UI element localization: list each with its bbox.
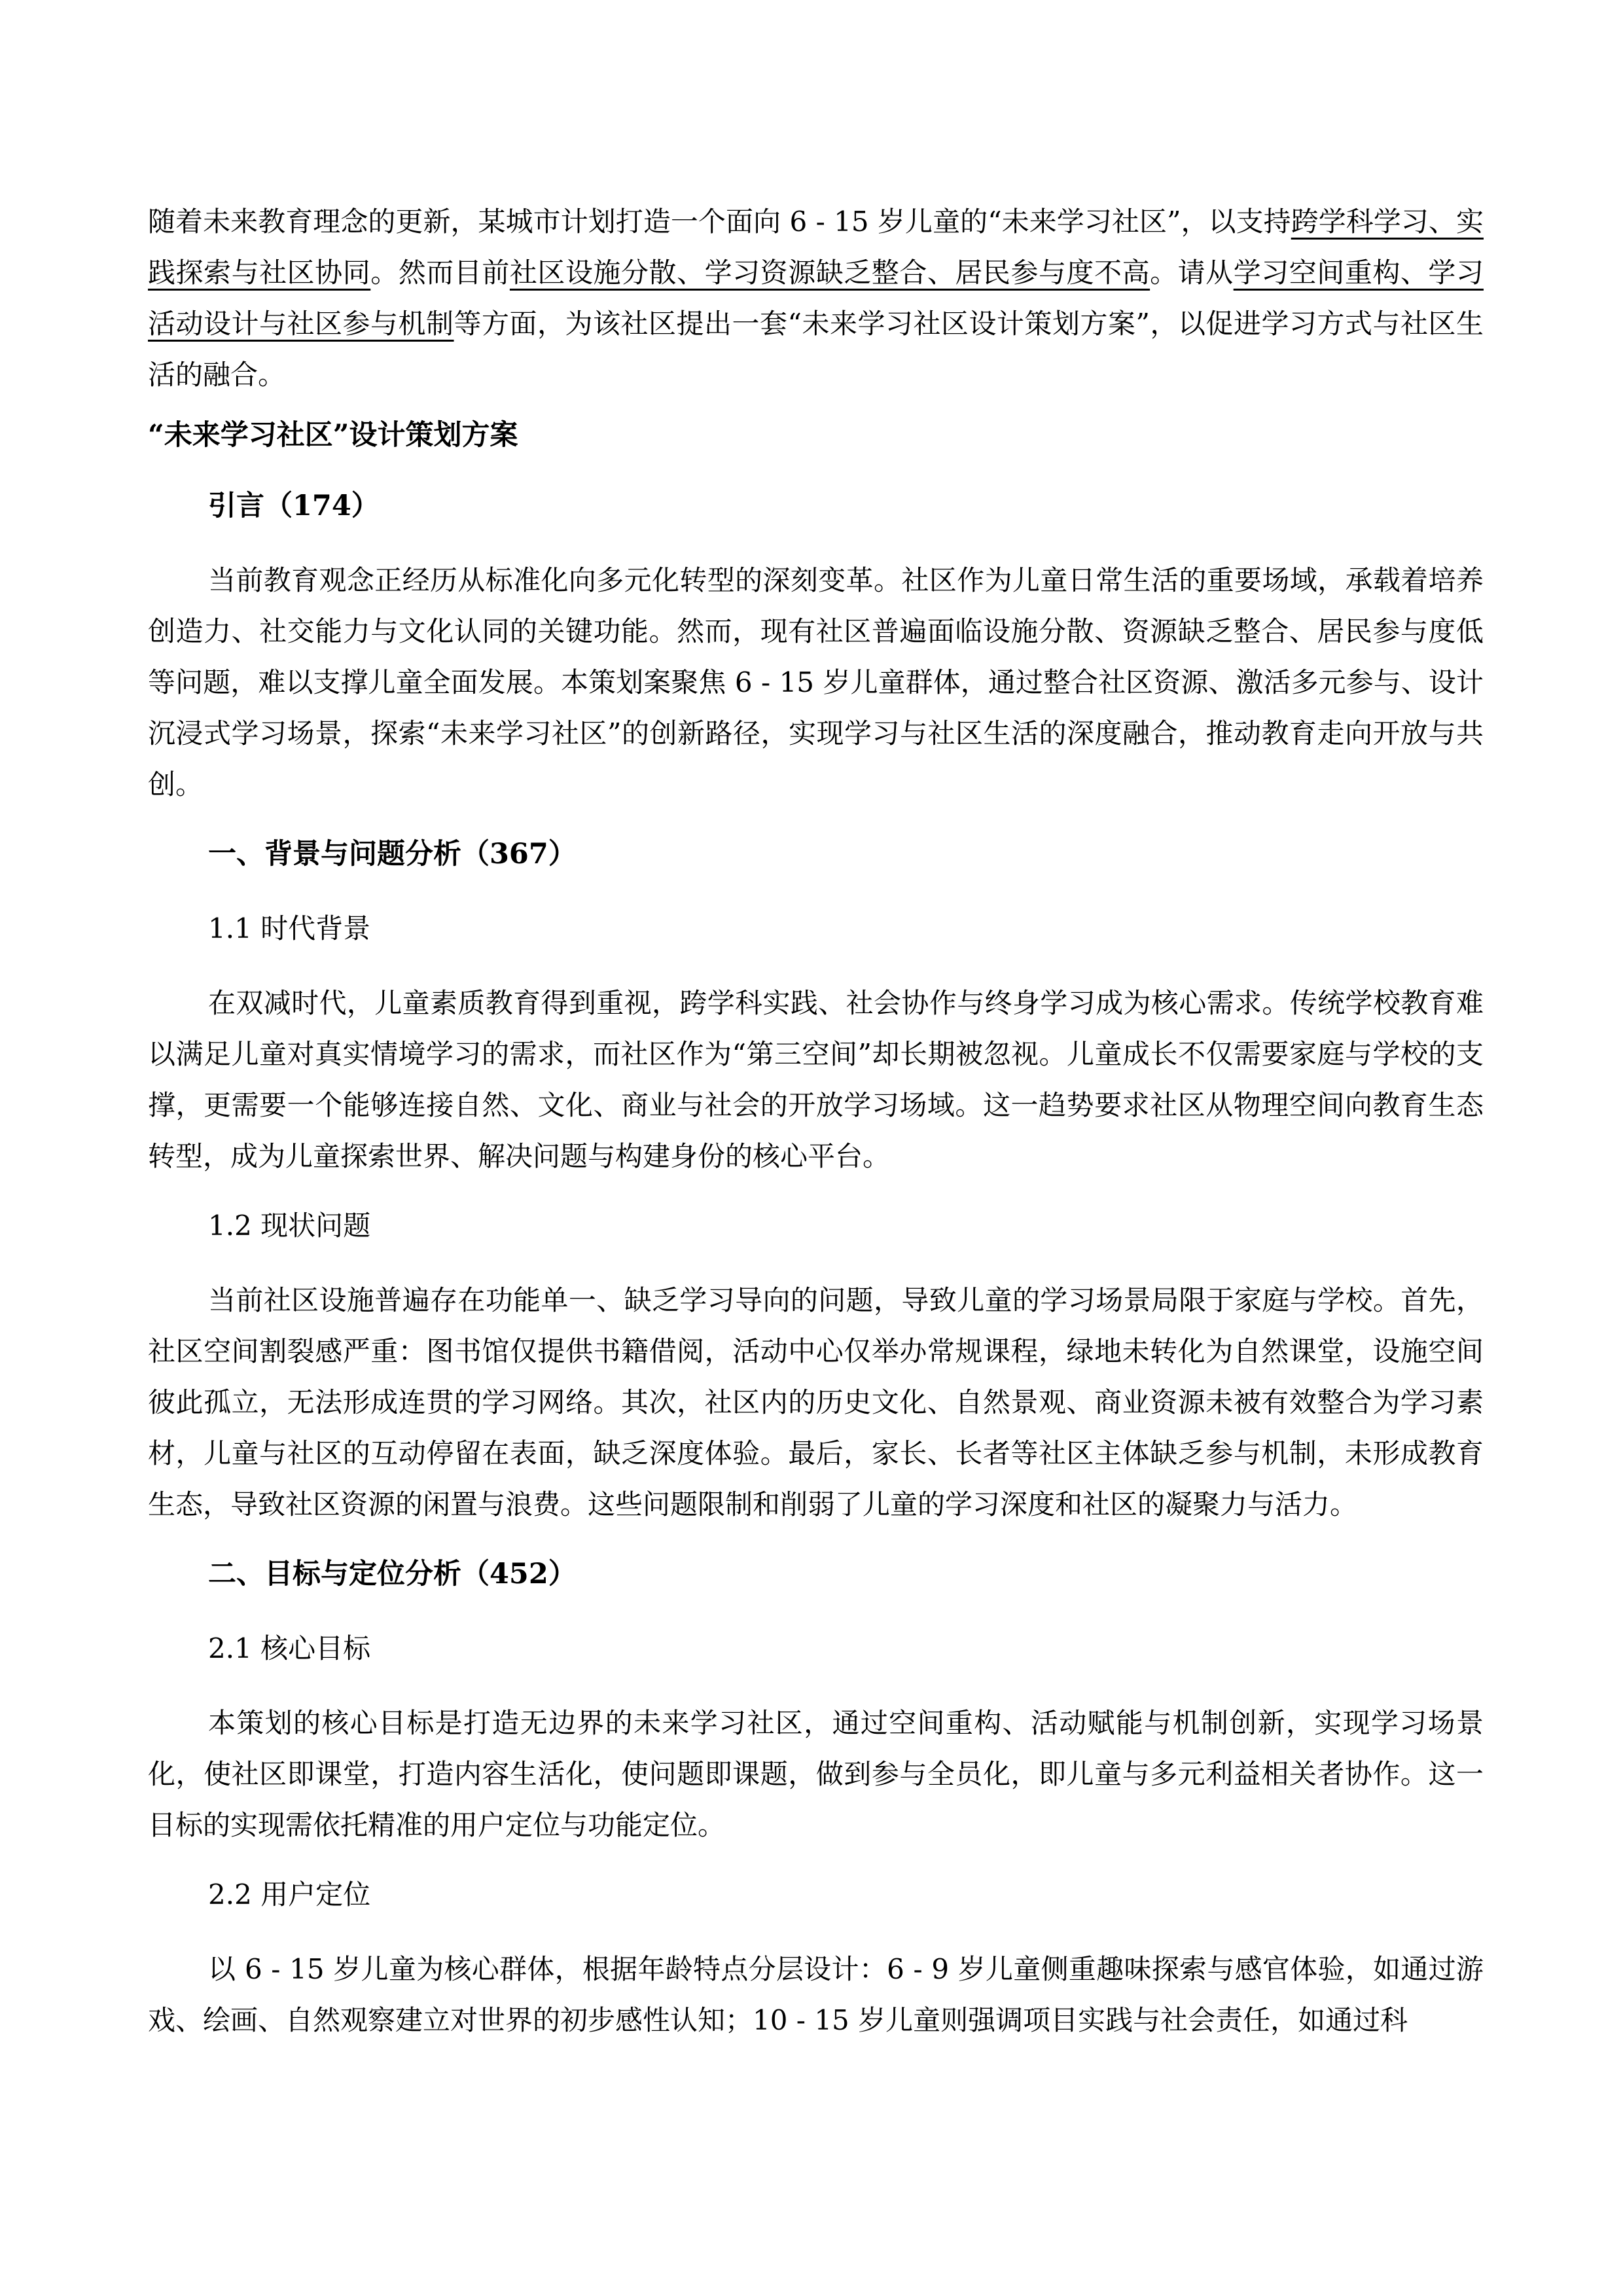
subsection-1-1-heading: 1.1 时代背景 xyxy=(148,903,1484,954)
subsection-1-1-paragraph: 在双减时代，儿童素质教育得到重视，跨学科实践、社会协作与终身学习成为核心需求。传… xyxy=(148,978,1484,1182)
underlined-text: 社区设施分散、学习资源缺乏整合、居民参与度不高 xyxy=(510,257,1150,289)
intro-paragraph: 当前教育观念正经历从标准化向多元化转型的深刻变革。社区作为儿童日常生活的重要场域… xyxy=(148,555,1484,810)
document-page: 随着未来教育理念的更新，某城市计划打造一个面向 6 - 15 岁儿童的“未来学习… xyxy=(0,0,1623,2296)
section-1-heading: 一、背景与问题分析（367） xyxy=(148,829,1484,880)
document-title: “未来学习社区”设计策划方案 xyxy=(148,410,1484,461)
intro-heading: 引言（174） xyxy=(148,480,1484,531)
plain-text: 随着未来教育理念的更新，某城市计划打造一个面向 6 - 15 岁儿童的“未来学习… xyxy=(148,206,1291,238)
plain-text: 。然而目前 xyxy=(370,257,510,289)
subsection-1-2-heading: 1.2 现状问题 xyxy=(148,1200,1484,1251)
section-2-heading: 二、目标与定位分析（452） xyxy=(148,1549,1484,1600)
subsection-2-1-heading: 2.1 核心目标 xyxy=(148,1623,1484,1674)
subsection-2-1-paragraph: 本策划的核心目标是打造无边界的未来学习社区，通过空间重构、活动赋能与机制创新，实… xyxy=(148,1698,1484,1851)
plain-text: 。请从 xyxy=(1150,257,1234,289)
subsection-2-2-paragraph: 以 6 - 15 岁儿童为核心群体，根据年龄特点分层设计：6 - 9 岁儿童侧重… xyxy=(148,1944,1484,2046)
subsection-2-2-heading: 2.2 用户定位 xyxy=(148,1869,1484,1920)
prompt-paragraph: 随着未来教育理念的更新，某城市计划打造一个面向 6 - 15 岁儿童的“未来学习… xyxy=(148,196,1484,401)
subsection-1-2-paragraph: 当前社区设施普遍存在功能单一、缺乏学习导向的问题，导致儿童的学习场景局限于家庭与… xyxy=(148,1275,1484,1530)
